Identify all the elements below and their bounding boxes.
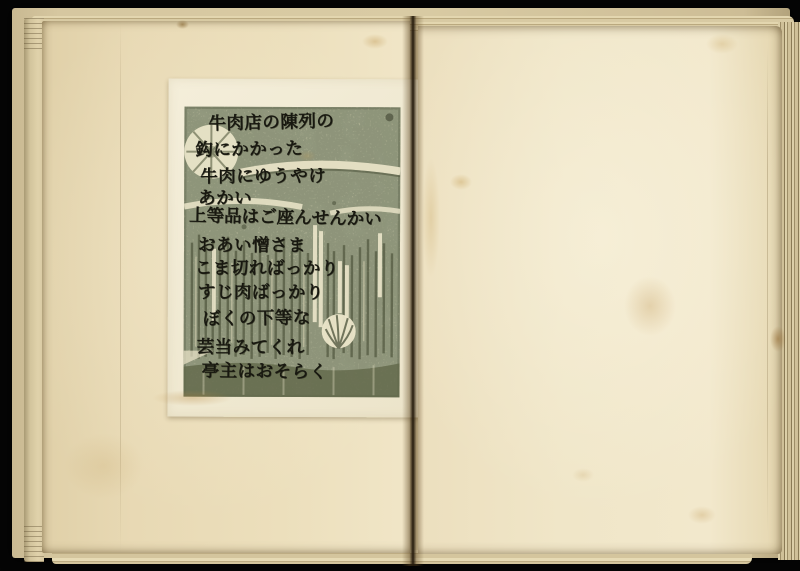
gutter-shadow [402, 16, 424, 566]
left-print-mount: 牛肉店の陳列の 鈎にかかった 牛肉にゆうやけ あかい 上等品はご座んせんかい お… [167, 79, 420, 418]
poem-line: 芸当みてくれ [197, 338, 305, 359]
poem-line: 牛肉にゆうやけ [200, 167, 326, 188]
sheet-edge-line [767, 47, 768, 533]
right-page: 笑っただろふよ 上等なんて罰あたり 風をくらった 広告ビラだ 冗談みたいに 尻尾… [418, 26, 782, 554]
poem-line: こま切ればっかり [195, 259, 339, 280]
poem-line: 牛肉店の陳列の [208, 111, 334, 134]
poem-line: 上等品はご座んせんかい [189, 206, 382, 230]
left-page: 牛肉店の陳列の 鈎にかかった 牛肉にゆうやけ あかい 上等品はご座んせんかい お… [42, 21, 410, 553]
poem-line: ぼくの下等な [203, 308, 311, 330]
book-photograph: 牛肉店の陳列の 鈎にかかった 牛肉にゆうやけ あかい 上等品はご座んせんかい お… [0, 0, 800, 571]
poem-line: おあい憎さま [198, 236, 306, 257]
left-woodblock-print: 牛肉店の陳列の 鈎にかかった 牛肉にゆうやけ あかい 上等品はご座んせんかい お… [183, 107, 400, 398]
poem-line: 鈎にかかった [195, 139, 303, 161]
poem-line: 亭主はおそらく [201, 361, 327, 383]
poem-line: すじ肉ばっかり [198, 283, 324, 304]
open-book: 牛肉店の陳列の 鈎にかかった 牛肉にゆうやけ あかい 上等品はご座んせんかい お… [12, 8, 790, 558]
left-fore-edge [24, 18, 44, 562]
sheet-edge-line [120, 21, 121, 553]
left-poem: 牛肉店の陳列の 鈎にかかった 牛肉にゆうやけ あかい 上等品はご座んせんかい お… [183, 107, 400, 398]
